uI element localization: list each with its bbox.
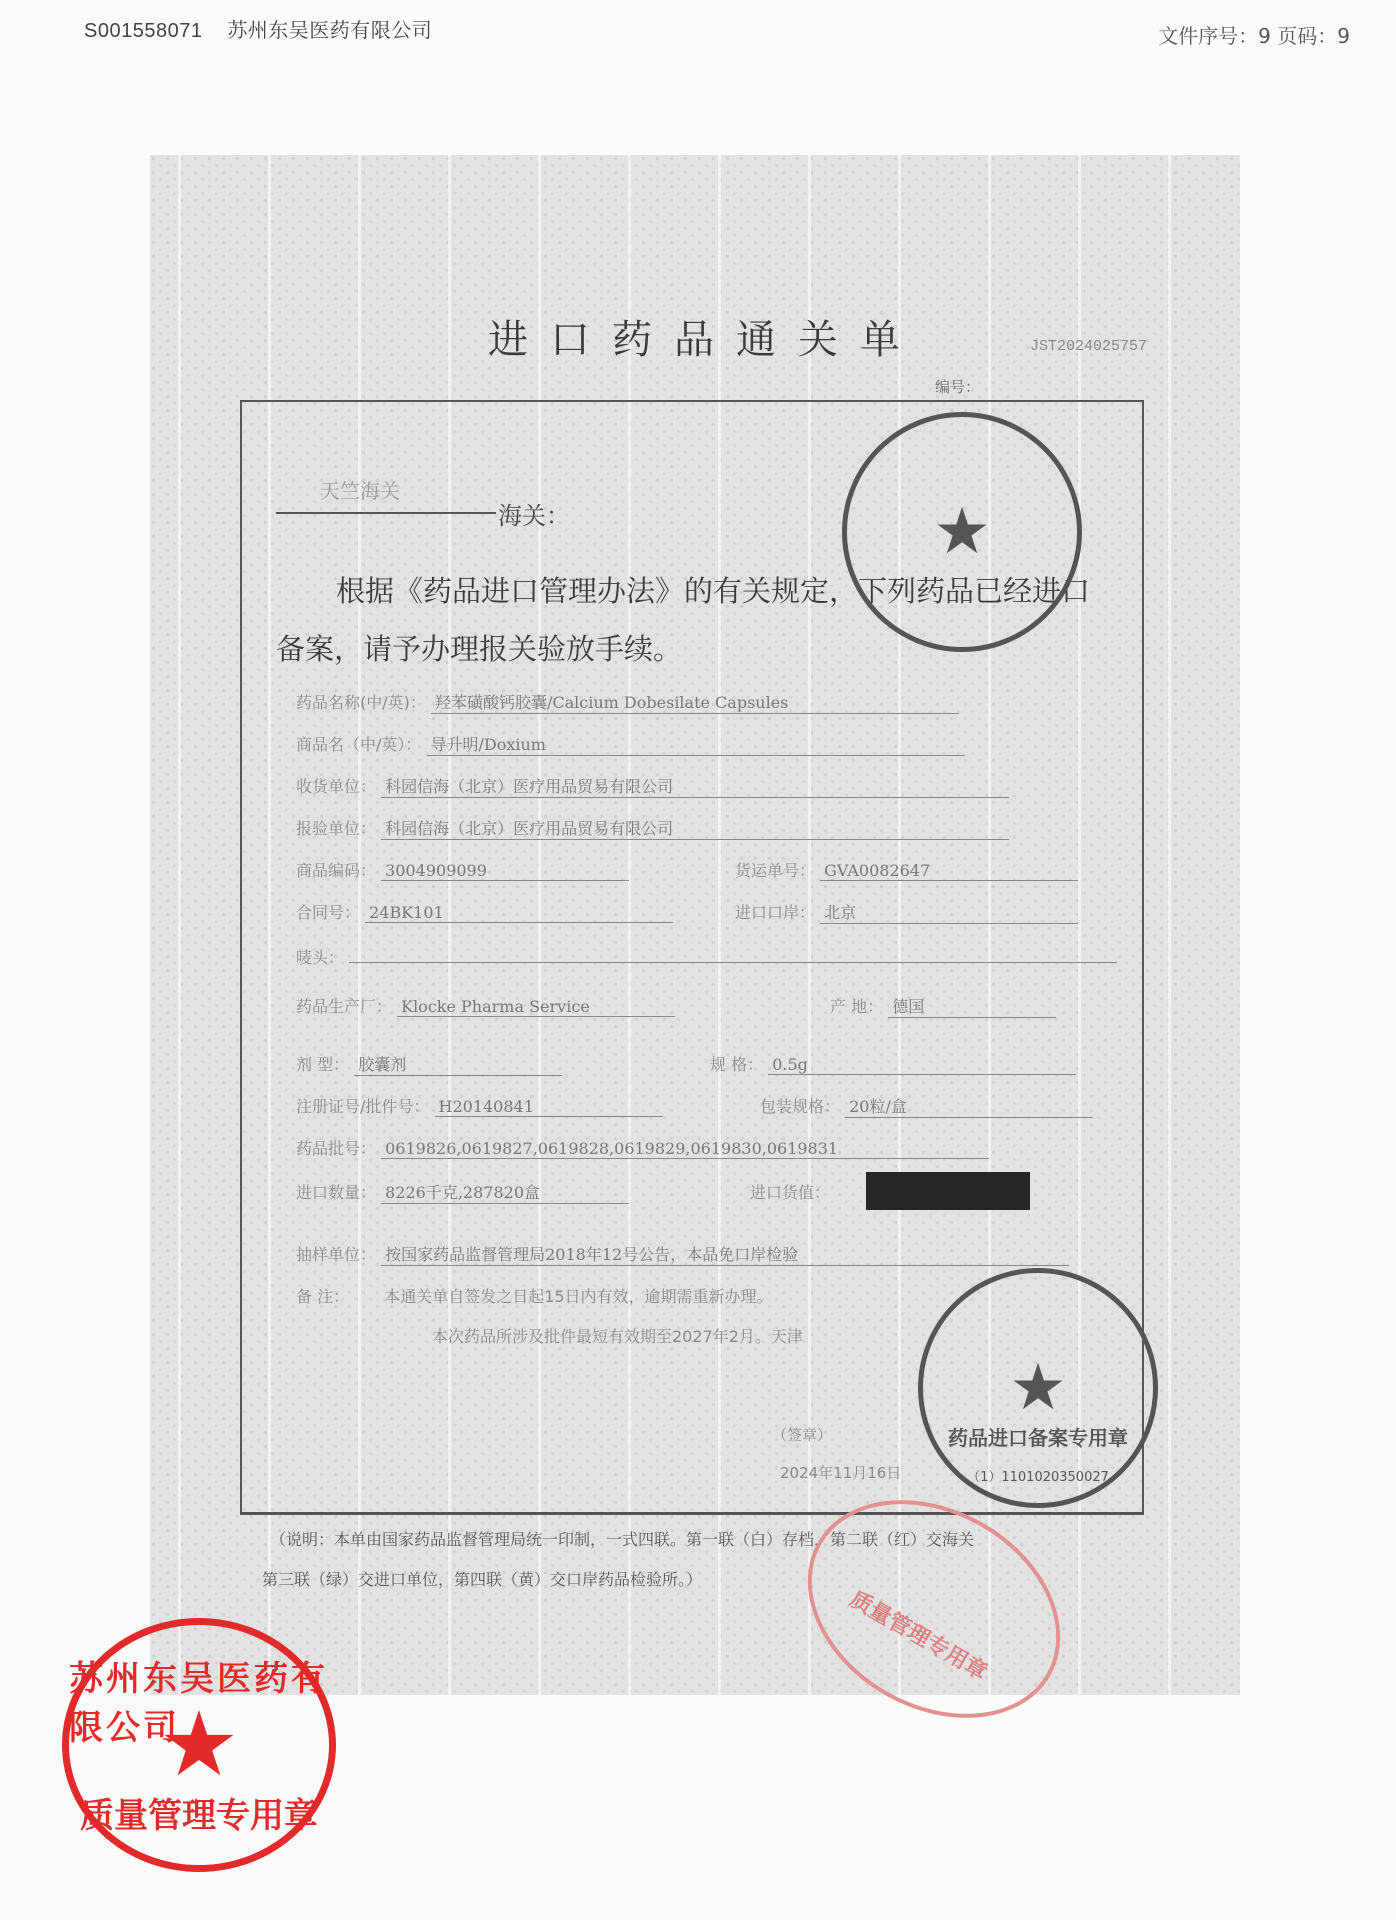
value: 0619826,0619827,0619828,0619829,0619830,… [381, 1139, 989, 1159]
value: 德国 [888, 994, 1056, 1018]
supplier-seal-text: 质量管理专用章 [845, 1583, 994, 1687]
label: 注册证号/批件号： [296, 1094, 429, 1117]
star-icon: ★ [1009, 1356, 1066, 1420]
doc-number: JST2024025757 [1030, 338, 1147, 355]
label: 规 格： [710, 1052, 763, 1075]
redaction-block [866, 1172, 1030, 1210]
label: 唛头： [296, 945, 344, 968]
label: 剂 型： [296, 1052, 349, 1075]
field-remarks: 备 注： 本通关单自签发之日起15日内有效，逾期需重新办理。 [296, 1284, 773, 1307]
consignee-seal: ★ [842, 412, 1082, 652]
value: 按国家药品监督管理局2018年12号公告，本品免口岸检验 [381, 1242, 1069, 1266]
value: GVA0082647 [820, 861, 1078, 881]
label: 合同号： [296, 900, 360, 923]
value: 科园信海（北京）医疗用品贸易有限公司 [381, 774, 1009, 798]
field-port: 进口口岸： 北京 [735, 900, 1078, 924]
label: 收货单位： [296, 774, 376, 797]
label: 药品名称(中/英)： [296, 690, 426, 713]
label: 商品名（中/英）： [296, 732, 421, 755]
field-consignee: 收货单位： 科园信海（北京）医疗用品贸易有限公司 [296, 774, 1009, 798]
label: 药品生产厂： [296, 994, 392, 1017]
number-label: 编号： [935, 376, 980, 397]
field-quantity: 进口数量： 8226千克,287820盒 [296, 1180, 629, 1204]
value: 0.5g [768, 1055, 1076, 1075]
field-brand: 商品名（中/英）： 导升明/Doxium [296, 732, 965, 756]
label: 进口货值： [750, 1180, 830, 1203]
field-sampling: 抽样单位： 按国家药品监督管理局2018年12号公告，本品免口岸检验 [296, 1242, 1069, 1266]
value: 20粒/盒 [845, 1094, 1093, 1118]
field-remarks-2: 本次药品所涉及批件最短有效期至2027年2月。天津 [432, 1324, 803, 1347]
value: 科园信海（北京）医疗用品贸易有限公司 [381, 816, 1009, 840]
field-dosage-form: 剂 型： 胶囊剂 [296, 1052, 562, 1076]
value: 导升明/Doxium [427, 732, 965, 756]
customs-suffix: 海关： [498, 496, 570, 531]
authority-seal-number: （1）1101020350027 [967, 1466, 1109, 1485]
customs-handwritten: 天竺海关 [320, 475, 400, 504]
company-name: 苏州东吴医药有限公司 [227, 18, 432, 42]
label: 进口口岸： [735, 900, 815, 923]
page-header-left: S001558071 苏州东吴医药有限公司 [84, 14, 432, 43]
field-license: 注册证号/批件号： H20140841 [296, 1094, 663, 1117]
field-batch: 药品批号： 0619826,0619827,0619828,0619829,06… [296, 1136, 989, 1159]
company-quality-seal: 苏州东吴医药有限公司 ★ 质量管理专用章 [62, 1618, 336, 1872]
label: 抽样单位： [296, 1242, 376, 1265]
customs-underline [276, 512, 496, 514]
label: 备 注： [296, 1284, 349, 1307]
value: 羟苯磺酸钙胶囊/Calcium Dobesilate Capsules [431, 690, 959, 714]
doc-code: S001558071 [84, 20, 202, 42]
field-spec: 规 格： 0.5g [710, 1052, 1076, 1075]
company-seal-name: 苏州东吴医药有限公司 [69, 1651, 329, 1749]
remarks-line-2: 本次药品所涉及批件最短有效期至2027年2月。天津 [432, 1327, 803, 1346]
value: H20140841 [435, 1097, 663, 1117]
company-seal-text: 质量管理专用章 [80, 1788, 318, 1837]
value: Klocke Pharma Service [397, 997, 675, 1017]
label: 药品批号： [296, 1136, 376, 1159]
field-inspection-unit: 报验单位： 科园信海（北京）医疗用品贸易有限公司 [296, 816, 1009, 840]
label: 商品编码： [296, 858, 376, 881]
field-package: 包装规格： 20粒/盒 [760, 1094, 1093, 1118]
value: 8226千克,287820盒 [381, 1180, 629, 1204]
label: 报验单位： [296, 816, 376, 839]
file-sequence: 文件序号：9 页码：9 [1158, 20, 1350, 49]
field-manufacturer: 药品生产厂： Klocke Pharma Service [296, 994, 675, 1017]
authority-seal-text: 药品进口备案专用章 [948, 1422, 1128, 1451]
field-drug-name: 药品名称(中/英)： 羟苯磺酸钙胶囊/Calcium Dobesilate Ca… [296, 690, 959, 714]
label: 进口数量： [296, 1180, 376, 1203]
value [349, 944, 1117, 963]
field-hs-code: 商品编码： 3004909099 [296, 858, 629, 881]
value: 胶囊剂 [354, 1052, 562, 1076]
star-icon: ★ [933, 500, 990, 564]
field-waybill: 货运单号： GVA0082647 [735, 858, 1078, 881]
label: 包装规格： [760, 1094, 840, 1117]
footnote-line-1: （说明：本单由国家药品监督管理局统一印制，一式四联。第一联（白）存档，第二联（红… [270, 1520, 1170, 1560]
form-title: 进口药品通关单 [488, 308, 922, 365]
authority-seal: ★ 药品进口备案专用章 （1）1101020350027 [918, 1268, 1158, 1508]
remarks-line-1: 本通关单自签发之日起15日内有效，逾期需重新办理。 [384, 1287, 772, 1306]
field-value-label: 进口货值： [750, 1180, 830, 1203]
value: 3004909099 [381, 861, 629, 881]
value: 24BK101 [365, 903, 673, 923]
field-shipping-mark: 唛头： [296, 944, 1117, 968]
sign-date: 2024年11月16日 [780, 1462, 901, 1483]
value: 北京 [820, 900, 1078, 924]
label: 产 地： [830, 994, 883, 1017]
label: 货运单号： [735, 858, 815, 881]
signature-label: （签章） [772, 1424, 832, 1445]
field-origin: 产 地： 德国 [830, 994, 1056, 1018]
field-contract: 合同号： 24BK101 [296, 900, 673, 923]
